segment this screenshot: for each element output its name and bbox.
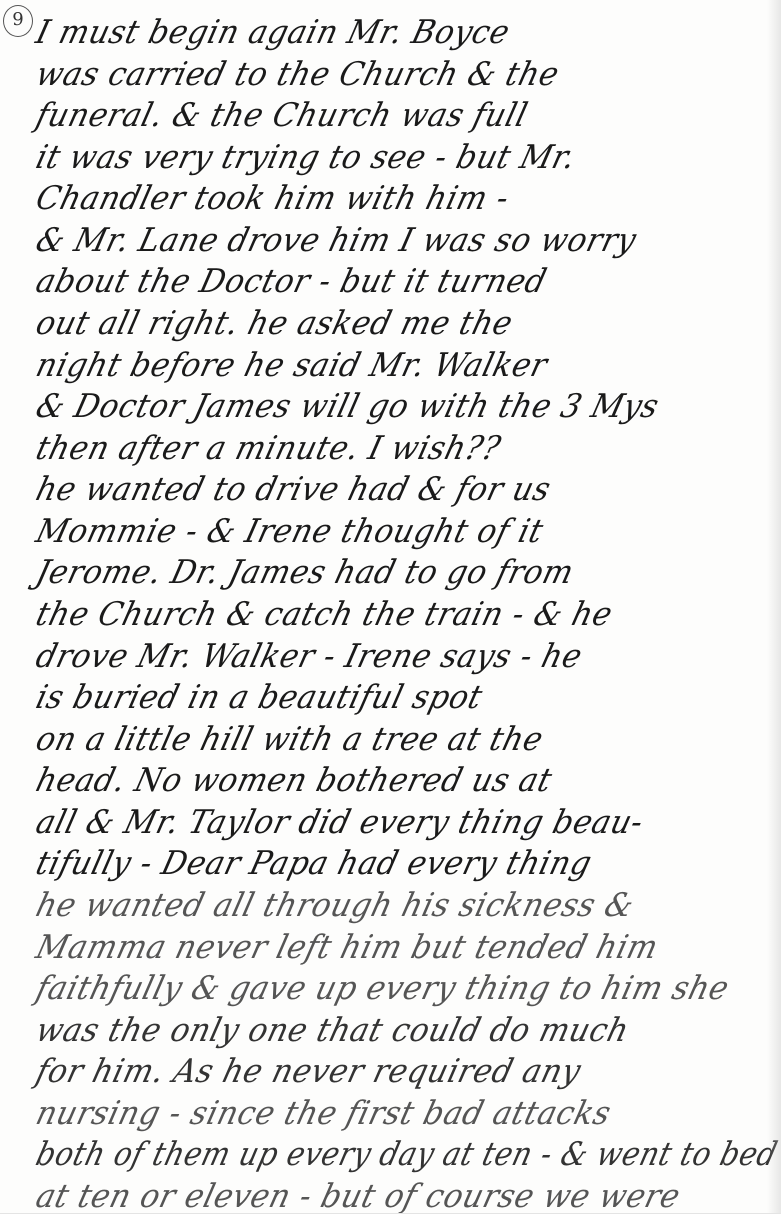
handwritten-line: was the only one that could do much [30,1012,781,1058]
handwritten-line: & Doctor James will go with the 3 Mys [30,388,781,434]
handwritten-line: I must begin again Mr. Boyce [30,14,781,60]
handwritten-line: & Mr. Lane drove him I was so worry [30,222,781,268]
handwritten-line: he wanted all through his sickness & [30,887,781,933]
handwritten-line: Jerome. Dr. James had to go from [30,554,781,600]
handwritten-line: for him. As he never required any [30,1053,781,1099]
handwritten-line: out all right. he asked me the [30,305,781,351]
handwritten-line: funeral. & the Church was full [30,97,781,143]
handwritten-line: all & Mr. Taylor did every thing beau- [30,804,781,850]
handwritten-line: drove Mr. Walker - Irene says - he [30,638,781,684]
page-number: 9 [3,5,33,37]
handwritten-line: Mommie - & Irene thought of it [30,513,781,559]
handwritten-line: both of them up every day at ten - & wen… [30,1136,737,1182]
handwritten-line: about the Doctor - but it turned [30,263,781,309]
handwritten-line: Mamma never left him but tended him [30,929,781,975]
page-bottom-margin [0,1213,781,1230]
handwritten-line: he wanted to drive had & for us [30,471,781,517]
handwritten-line: tifully - Dear Papa had every thing [30,845,781,891]
handwritten-line: Chandler took him with him - [30,180,781,226]
handwritten-line: it was very trying to see - but Mr. [30,139,781,185]
handwritten-line: nursing - since the first bad attacks [30,1095,781,1141]
handwritten-line: was carried to the Church & the [30,56,781,102]
handwritten-line: on a little hill with a tree at the [30,721,781,767]
handwritten-line: night before he said Mr. Walker [30,347,781,393]
letter-page: 9 I must begin again Mr. Boycewas carrie… [0,0,781,1230]
handwritten-line: head. No women bothered us at [30,762,781,808]
handwritten-line: is buried in a beautiful spot [30,679,781,725]
handwritten-line: faithfully & gave up every thing to him … [30,970,781,1016]
page-edge-shadow [767,0,781,1230]
handwritten-line: then after a minute. I wish?? [30,430,781,476]
handwritten-line: the Church & catch the train - & he [30,596,781,642]
